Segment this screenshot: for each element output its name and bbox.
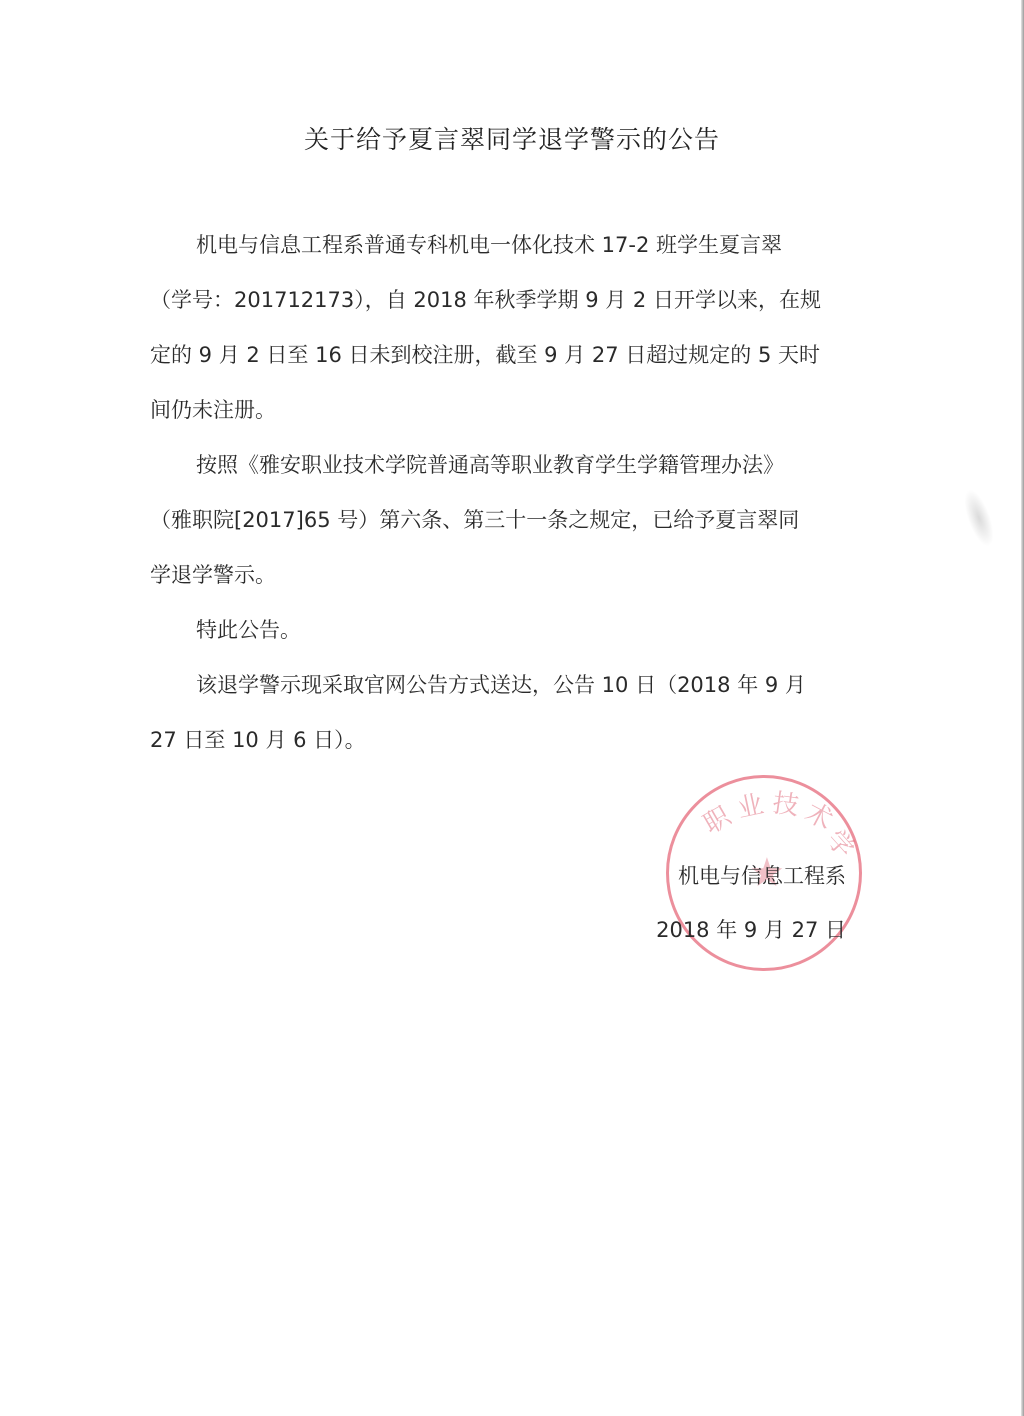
text-line: 机电与信息工程系普通专科机电一体化技术 17-2 班学生夏言翠	[150, 218, 850, 273]
text-line: 按照《雅安职业技术学院普通高等职业教育学生学籍管理办法》	[150, 438, 850, 493]
text-line: 该退学警示现采取官网公告方式送达，公告 10 日（2018 年 9 月	[150, 658, 850, 713]
text-line: （雅职院[2017]65 号）第六条、第三十一条之规定，已给予夏言翠同	[150, 493, 850, 548]
paragraph-3: 特此公告。	[150, 603, 850, 658]
paragraph-1: 机电与信息工程系普通专科机电一体化技术 17-2 班学生夏言翠 （学号：2017…	[150, 218, 850, 438]
scan-smudge	[958, 486, 999, 550]
text-line: 定的 9 月 2 日至 16 日未到校注册，截至 9 月 27 日超过规定的 5…	[150, 328, 850, 383]
signature-department: 机电与信息工程系	[600, 860, 846, 890]
document-page: 关于给予夏言翠同学退学警示的公告 机电与信息工程系普通专科机电一体化技术 17-…	[0, 0, 1024, 1416]
document-title: 关于给予夏言翠同学退学警示的公告	[0, 120, 1024, 156]
seal-char: 业	[733, 784, 766, 826]
text-line: 间仍未注册。	[150, 383, 850, 438]
seal-char: 职	[695, 796, 736, 841]
text-line: 27 日至 10 月 6 日）。	[150, 713, 850, 768]
text-line: （学号：201712173），自 2018 年秋季学期 9 月 2 日开学以来，…	[150, 273, 850, 328]
signature-date: 2018 年 9 月 27 日	[600, 914, 846, 944]
seal-char: 技	[771, 782, 802, 822]
text-line: 特此公告。	[150, 603, 850, 658]
document-body: 机电与信息工程系普通专科机电一体化技术 17-2 班学生夏言翠 （学号：2017…	[150, 218, 850, 768]
paragraph-4: 该退学警示现采取官网公告方式送达，公告 10 日（2018 年 9 月 27 日…	[150, 658, 850, 768]
paragraph-2: 按照《雅安职业技术学院普通高等职业教育学生学籍管理办法》 （雅职院[2017]6…	[150, 438, 850, 603]
text-line: 学退学警示。	[150, 548, 850, 603]
